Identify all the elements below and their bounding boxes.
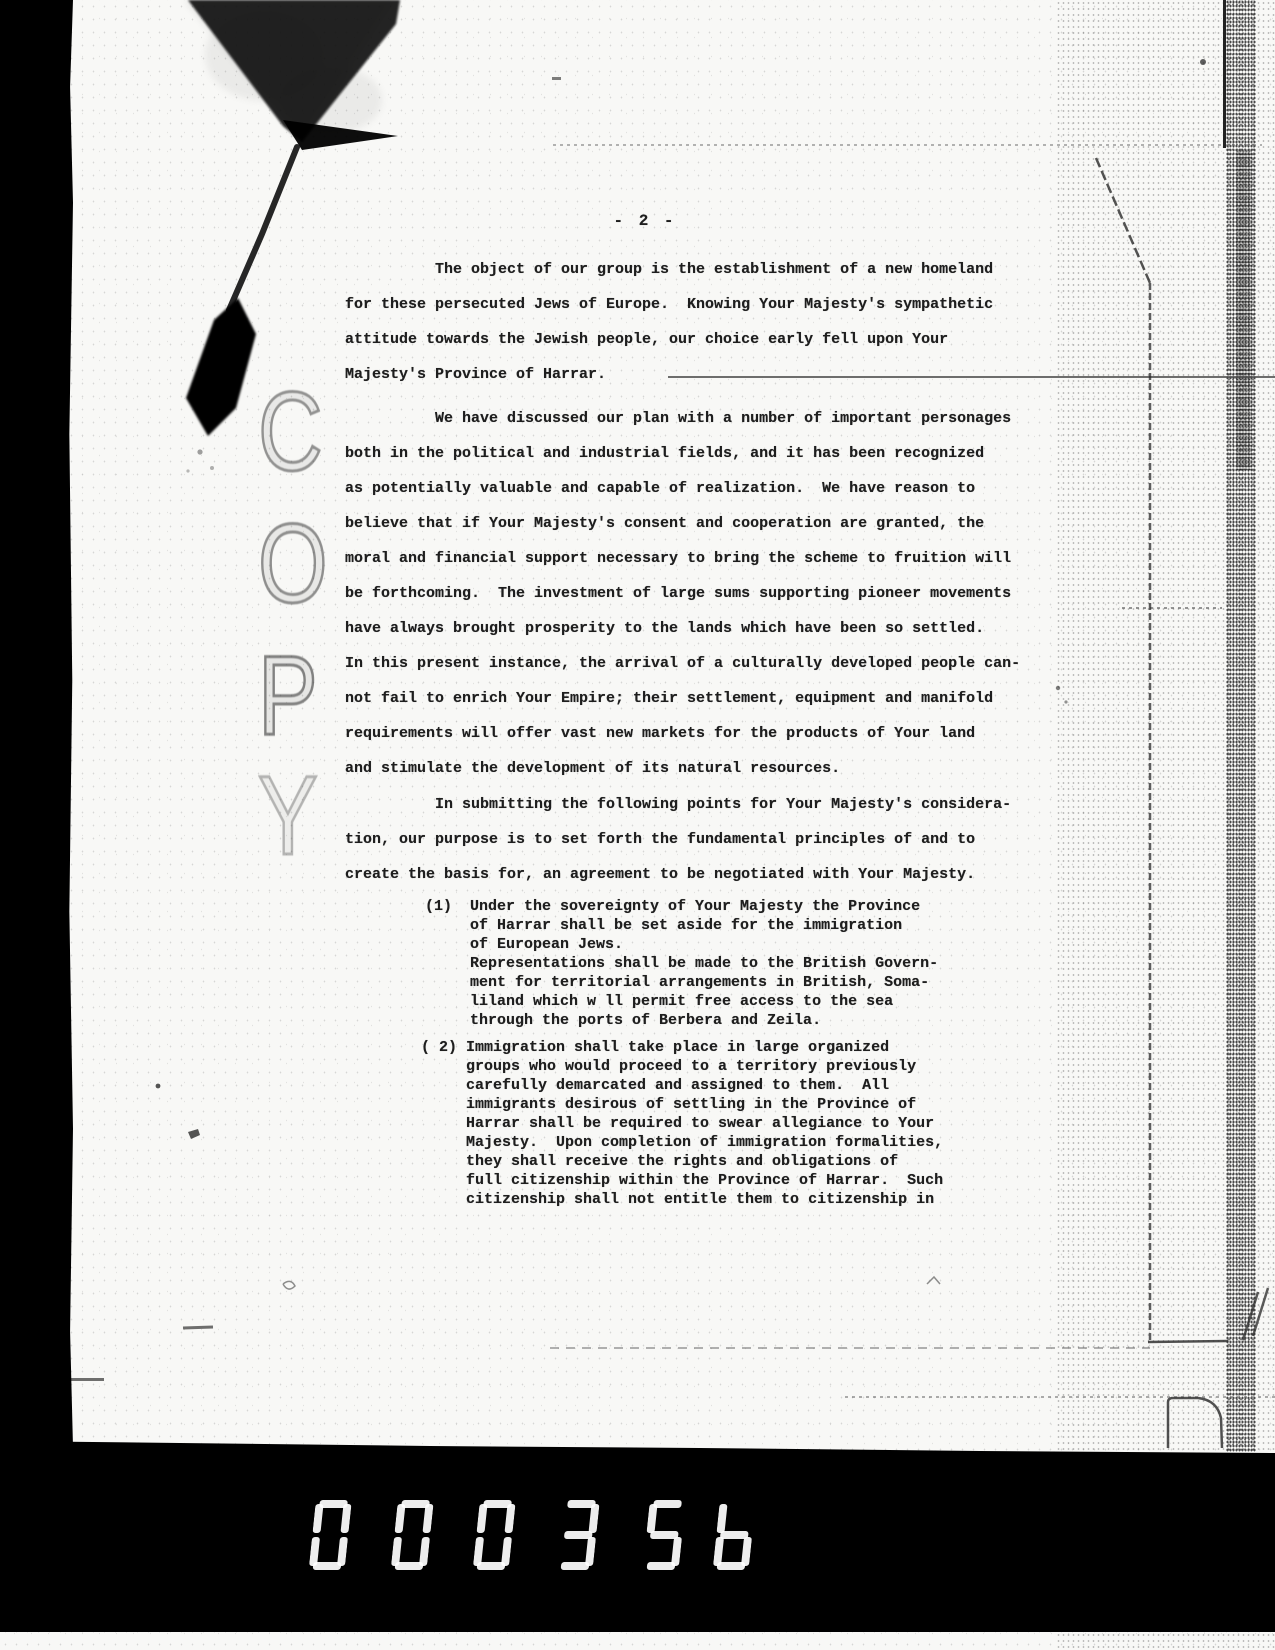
text-line: In this present instance, the arrival of… [345, 646, 1020, 681]
scratch-line-bottom-2 [845, 1396, 1275, 1398]
paragraph-2: We have discussed our plan with a number… [345, 401, 1020, 786]
film-sprocket-noise-band-dense [1236, 150, 1252, 470]
text-line: In submitting the following points for Y… [345, 787, 1011, 822]
text-line: liland which w ll permit free access to … [425, 992, 938, 1011]
text-line: both in the political and industrial fie… [345, 436, 1020, 471]
scanned-document-page: - 2 - The object of our group is the est… [0, 0, 1275, 1650]
speck-dash-1 [183, 1325, 213, 1329]
list-item-2: ( 2) Immigration shall take place in lar… [421, 1038, 943, 1209]
film-edge-speckle [1056, 0, 1275, 1650]
text-line: full citizenship within the Province of … [421, 1171, 943, 1190]
text-line: ment for territorial arrangements in Bri… [425, 973, 938, 992]
speck-dash-2 [66, 1378, 104, 1381]
text-line: (1) Under the sovereignty of Your Majest… [425, 897, 938, 916]
text-line: for these persecuted Jews of Europe. Kno… [345, 287, 993, 322]
text-line: of European Jews. [425, 935, 938, 954]
text-line: tion, our purpose is to set forth the fu… [345, 822, 1011, 857]
bottom-right-bracket-mark [1168, 1398, 1222, 1448]
text-line: through the ports of Berbera and Zeila. [425, 1011, 938, 1030]
paragraph-1: The object of our group is the establish… [345, 252, 993, 392]
copy-stamp-letter-o: O [258, 508, 328, 620]
paragraph-3: In submitting the following points for Y… [345, 787, 1011, 892]
text-line: as potentially valuable and capable of r… [345, 471, 1020, 506]
text-line: The object of our group is the establish… [345, 252, 993, 287]
text-line: create the basis for, an agreement to be… [345, 857, 1011, 892]
copy-stamp-letter-c: C [258, 376, 323, 488]
film-border-bottom [0, 1436, 1275, 1632]
text-line: not fail to enrich Your Empire; their se… [345, 681, 1020, 716]
text-line: ( 2) Immigration shall take place in lar… [421, 1038, 943, 1057]
text-line: Majesty's Province of Harrar. [345, 357, 993, 392]
text-line: requirements will offer vast new markets… [345, 716, 1020, 751]
text-line: moral and financial support necessary to… [345, 541, 1020, 576]
copy-stamp-letter-p: P [258, 640, 318, 752]
text-line: citizenship shall not entitle them to ci… [421, 1190, 943, 1209]
text-line: groups who would proceed to a territory … [421, 1057, 943, 1076]
text-line: they shall receive the rights and obliga… [421, 1152, 943, 1171]
text-line: We have discussed our plan with a number… [345, 401, 1020, 436]
text-line: attitude towards the Jewish people, our … [345, 322, 993, 357]
text-line: Majesty. Upon completion of immigration … [421, 1133, 943, 1152]
double-slash-mark [1243, 1288, 1268, 1340]
copy-stamp-letter-y: Y [258, 760, 318, 872]
scratch-dash-right [1122, 607, 1222, 609]
text-line: Harrar shall be required to swear allegi… [421, 1114, 943, 1133]
page-number: - 2 - [345, 212, 945, 230]
fold-line-top [553, 144, 1262, 146]
list-item-1: (1) Under the sovereignty of Your Majest… [425, 897, 938, 1030]
text-line: Representations shall be made to the Bri… [425, 954, 938, 973]
text-line: be forthcoming. The investment of large … [345, 576, 1020, 611]
scratch-line-bottom-1 [550, 1347, 1150, 1349]
text-line: and stimulate the development of its nat… [345, 751, 1020, 786]
text-line: carefully demarcated and assigned to the… [421, 1076, 943, 1095]
text-line: of Harrar shall be set aside for the imm… [425, 916, 938, 935]
text-line: believe that if Your Majesty's consent a… [345, 506, 1020, 541]
film-sprocket-noise-band [1226, 0, 1256, 1452]
film-border-left [0, 0, 73, 1447]
film-scratch-vertical [1096, 158, 1228, 1342]
text-line: immigrants desirous of settling in the P… [421, 1095, 943, 1114]
text-line: have always brought prosperity to the la… [345, 611, 1020, 646]
film-edge-line-top [1223, 0, 1226, 148]
